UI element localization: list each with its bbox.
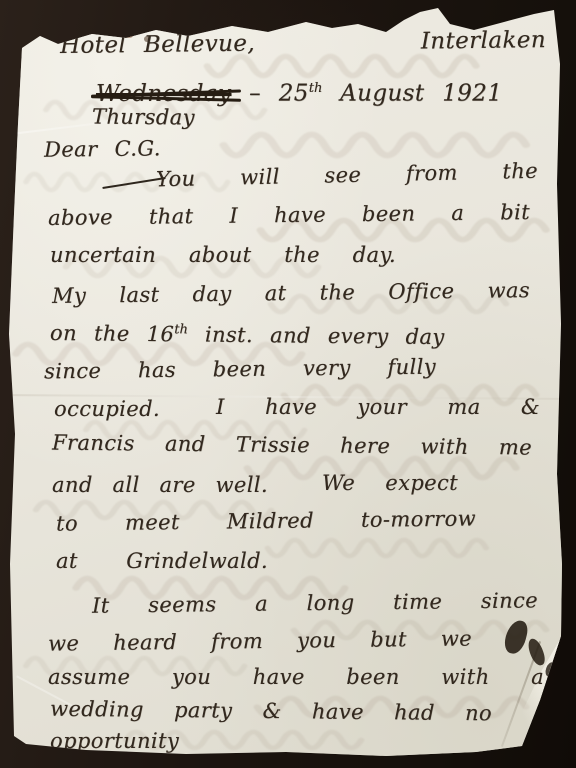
date-day: 25 (279, 81, 309, 107)
body-line: since has been very fully (44, 354, 436, 385)
body-line: assume you have been with a (48, 664, 544, 690)
body-line: I have your ma & (216, 394, 540, 420)
fold-corner (502, 630, 572, 752)
body-line: to meet Mildred to-morrow (56, 505, 476, 536)
body-line: on the 16th inst. and every day (50, 316, 445, 350)
body-line: above that I have been a bit (48, 199, 530, 231)
fold-crease (501, 641, 541, 747)
body-line: You will see from the (156, 158, 538, 193)
ink-blot (526, 637, 547, 668)
city-name: Interlaken (421, 27, 546, 55)
salutation: Dear C.G. (44, 135, 161, 162)
body-line: wedding party & have had no (50, 696, 492, 727)
photo-background: Hotel Bellevue, Interlaken Wednesday – 2… (0, 0, 576, 768)
body-line: Francis and Trissie here with me (52, 429, 532, 460)
letterhead-line: Hotel Bellevue, Interlaken (60, 27, 546, 59)
ordinal-sup: th (174, 322, 188, 337)
corrected-day: Thursday (92, 103, 195, 130)
body-line: occupied. (54, 396, 160, 422)
body-line: We expect (322, 470, 458, 496)
body-line: we heard from you but we (48, 625, 472, 656)
ink-blot (544, 661, 558, 678)
letter-paper: Hotel Bellevue, Interlaken Wednesday – 2… (6, 4, 570, 762)
body-line: uncertain about the day. (50, 242, 396, 268)
body-line: It seems a long time since (92, 587, 538, 618)
date-month-year: August 1921 (340, 81, 502, 107)
body-line: and all are well. (52, 472, 268, 498)
body-line: at Grindelwald. (56, 548, 268, 574)
date-ordinal: th (309, 81, 323, 96)
body-line: My last day at the Office was (52, 277, 530, 309)
body-line-text: inst. and every day (205, 323, 445, 350)
date-line: Wednesday – 25th August 1921 (96, 76, 502, 107)
ink-blot (502, 618, 530, 656)
hotel-name: Hotel Bellevue, (60, 31, 255, 59)
body-line: opportunity (50, 728, 179, 754)
date-dash: – (249, 81, 261, 107)
body-line-text: on the 16 (50, 321, 174, 346)
